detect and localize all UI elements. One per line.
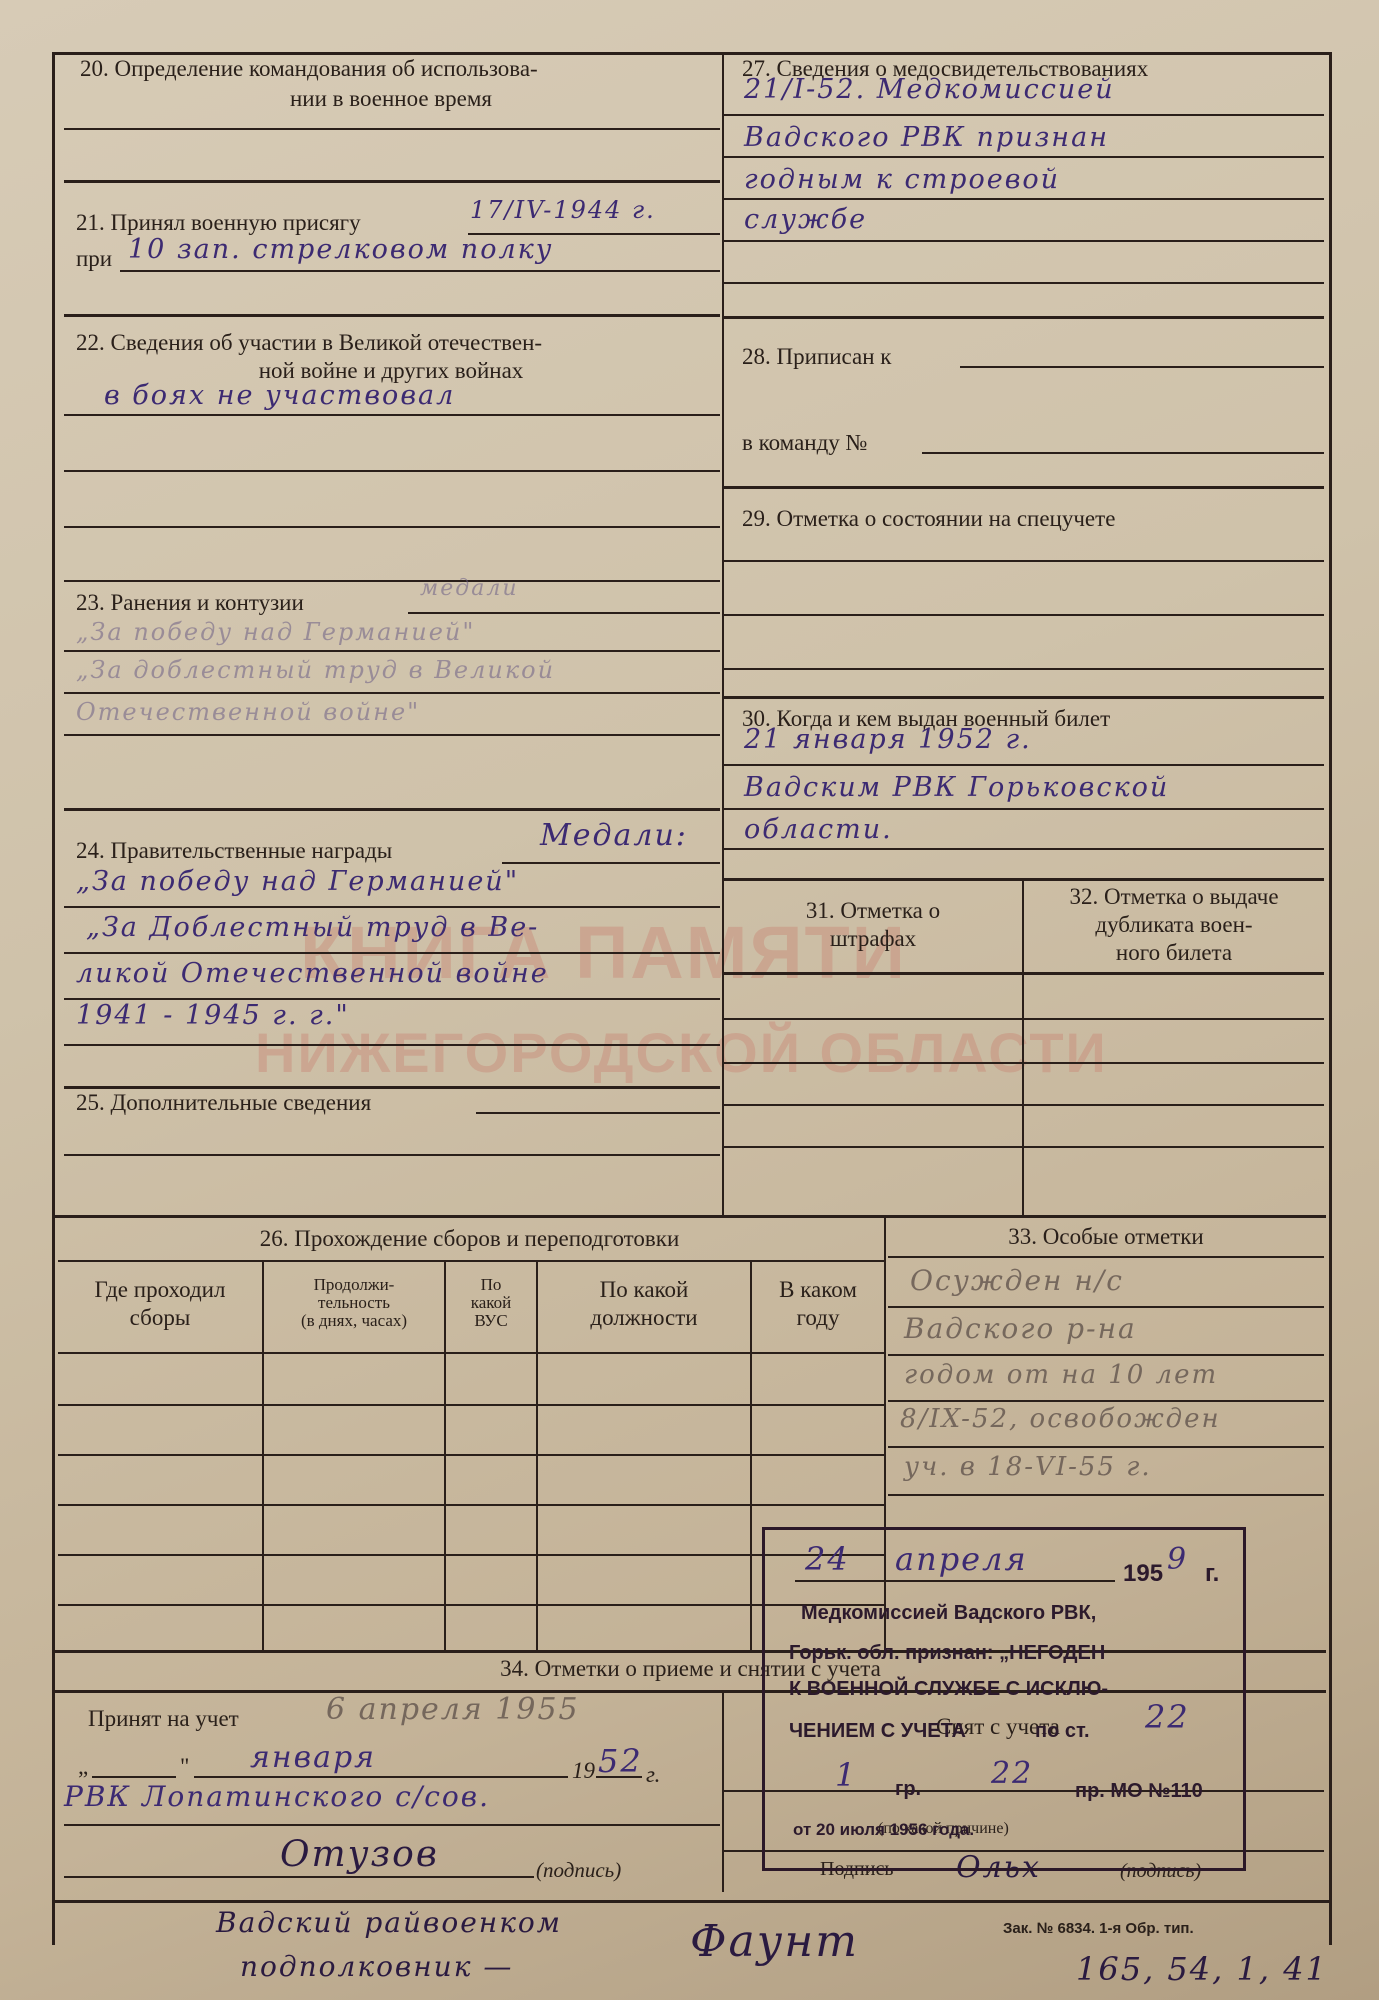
field28-value[interactable]	[960, 340, 1324, 366]
rule	[502, 862, 720, 864]
field23-faded-line: „За доблестный труд в Великой	[76, 656, 555, 684]
rule	[64, 1824, 720, 1826]
rule	[888, 1400, 1324, 1402]
field27-line[interactable]: Вадского РВК признан	[744, 122, 1109, 153]
section-divider	[724, 486, 1324, 489]
col-header-line: должности	[538, 1304, 750, 1332]
field21-label: 21. Принял военную присягу	[76, 210, 361, 236]
field26-title: 26. Прохождение сборов и переподготовки	[55, 1226, 884, 1252]
col-header-line: Где проходил	[58, 1276, 262, 1304]
field33-line[interactable]: Вадского р-на	[904, 1312, 1137, 1345]
rule	[64, 734, 720, 736]
field33-line[interactable]: годом от на 10 лет	[904, 1360, 1218, 1390]
rule	[922, 452, 1324, 454]
field26-col-year: В каком году	[752, 1276, 884, 1332]
stamp-line3: Горьк. обл. признан: „НЕГОДЕН	[789, 1642, 1105, 1665]
field30-line[interactable]: 21 января 1952 г.	[744, 724, 1032, 755]
medical-commission-stamp: 24 апреля 195 9 г. Медкомиссией Вадского…	[762, 1527, 1246, 1871]
field23-faded-line: „За победу над Германией"	[76, 618, 475, 646]
rule	[58, 1260, 884, 1262]
rule	[64, 952, 720, 954]
stamp-line5b: по ст.	[1035, 1720, 1090, 1743]
field23-label: 23. Ранения и контузии	[76, 590, 304, 616]
col-header-line: году	[752, 1304, 884, 1332]
field32-label-cont2: ного билета	[1024, 940, 1324, 966]
stamp-article: 22	[1145, 1698, 1190, 1736]
col-header-line: тельность	[264, 1294, 444, 1312]
stamp-group-label: гр.	[895, 1778, 921, 1801]
rule	[724, 764, 1324, 766]
rule	[92, 1776, 176, 1778]
field31-label: 31. Отметка о	[724, 898, 1022, 924]
rule	[888, 1306, 1324, 1308]
field23-faded-line: Отечественной войне"	[76, 698, 420, 726]
field29-label: 29. Отметка о состоянии на спецучете	[742, 506, 1115, 532]
rule	[724, 240, 1324, 242]
stamp-year-digit: 9	[1167, 1542, 1188, 1577]
field22-label: 22. Сведения об участии в Великой отечес…	[76, 330, 542, 356]
rule	[64, 414, 720, 416]
field34-year-prefix: 19	[572, 1758, 595, 1784]
field33-line[interactable]: Осужден н/с	[910, 1264, 1124, 1297]
stamp-year-suffix: г.	[1205, 1560, 1219, 1588]
section-divider	[64, 808, 720, 811]
section-divider	[724, 878, 1324, 881]
quote-mark: „	[78, 1754, 88, 1780]
col-header-line: сборы	[58, 1304, 262, 1332]
field29-value[interactable]	[724, 540, 1324, 668]
rule	[64, 1154, 720, 1156]
rule	[64, 650, 720, 652]
rule	[64, 526, 720, 528]
col-header-line: какой	[446, 1294, 536, 1312]
document-page: КНИГА ПАМЯТИ НИЖЕГОРОДСКОЙ ОБЛАСТИ 20. О…	[0, 0, 1379, 2000]
field26-col-duration: Продолжи- тельность (в днях, часах)	[264, 1276, 444, 1330]
quote-mark: "	[180, 1754, 189, 1780]
field31-label-cont: штрафах	[724, 926, 1022, 952]
col-header-line: Продолжи-	[264, 1276, 444, 1294]
rule	[194, 1776, 568, 1778]
stamp-order-label: пр. МО №110	[1075, 1780, 1203, 1803]
field26-col-where: Где проходил сборы	[58, 1276, 262, 1332]
section-divider	[55, 1215, 1326, 1218]
field32-label-cont: дубликата воен-	[1024, 912, 1324, 938]
stamp-order-value: 22	[991, 1756, 1033, 1791]
print-info: Зак. № 6834. 1-я Обр. тип.	[1003, 1920, 1194, 1937]
field34-by[interactable]: РВК Лопатинского с/сов.	[64, 1780, 490, 1813]
rule	[795, 1580, 1115, 1582]
rule	[64, 906, 720, 908]
rule	[64, 1876, 534, 1878]
field23-faded-line: медали	[420, 576, 519, 601]
field20-label-cont: нии в военное время	[60, 86, 722, 112]
field30-line[interactable]: области.	[744, 814, 893, 845]
rule	[64, 580, 720, 582]
section-divider	[64, 180, 720, 183]
field33-line[interactable]: 8/IX-52, освобожден	[900, 1404, 1221, 1434]
field34-day[interactable]	[92, 1752, 176, 1776]
field22-value[interactable]: в боях не участвовал	[104, 380, 455, 411]
commissar-signature: Фаунт	[690, 1916, 859, 1967]
field24-line[interactable]: ликой Отечественной войне	[76, 958, 549, 989]
field31-value[interactable]	[724, 976, 1022, 1212]
col-header-line: (в днях, часах)	[264, 1312, 444, 1330]
section-divider	[64, 314, 720, 317]
field28-team-value[interactable]	[922, 426, 1324, 452]
col-header-line: ВУС	[446, 1312, 536, 1330]
column-divider	[722, 1692, 724, 1892]
commissar-line1: Вадский райвоенком	[216, 1906, 562, 1939]
field21-date[interactable]: 17/IV-1944 г.	[470, 196, 656, 224]
field32-label: 32. Отметка о выдаче	[1024, 884, 1324, 910]
col-header-line: По какой	[538, 1276, 750, 1304]
rule	[724, 848, 1324, 850]
rule	[120, 270, 720, 272]
field20-label: 20. Определение командования об использо…	[80, 56, 538, 82]
field24-line[interactable]: 1941 - 1945 г. г."	[76, 1000, 350, 1031]
field24-label: 24. Правительственные награды	[76, 838, 392, 864]
field30-line[interactable]: Вадским РВК Горьковской	[744, 772, 1169, 803]
rule	[960, 366, 1324, 368]
section-divider	[64, 1086, 720, 1089]
stamp-day: 24	[805, 1540, 850, 1578]
rule	[724, 808, 1324, 810]
rule	[64, 1044, 720, 1046]
stamp-group-value: 1	[835, 1756, 857, 1794]
rule	[64, 470, 720, 472]
frame-bottom	[55, 1900, 1329, 1903]
stamp-line5a: ЧЕНИЕМ С УЧЕТА	[789, 1720, 966, 1743]
stamp-line2: Медкомиссией Вадского РВК,	[801, 1602, 1096, 1625]
rule	[888, 1256, 1324, 1258]
rule	[888, 1354, 1324, 1356]
field21-unit[interactable]: 10 зап. стрелковом полку	[128, 234, 553, 265]
stamp-line4: К ВОЕННОЙ СЛУЖБЕ С ИСКЛЮ-	[789, 1678, 1108, 1701]
rule	[888, 1446, 1324, 1448]
rule	[724, 156, 1324, 158]
spacer	[64, 562, 720, 565]
field34-year-suffix: г.	[646, 1762, 660, 1788]
field24-line[interactable]: „За Доблестный труд в Ве-	[86, 912, 539, 943]
stamp-line7: от 20 июля 1956 года.	[793, 1820, 974, 1840]
field26-table-body[interactable]	[58, 1354, 884, 1644]
rule	[596, 1776, 642, 1778]
stamp-month: апреля	[895, 1540, 1028, 1578]
field34-accepted-pencil[interactable]: 6 апреля 1955	[326, 1692, 580, 1727]
field24-line[interactable]: „За победу над Германией"	[76, 866, 519, 897]
field34-month[interactable]: января	[250, 1740, 376, 1775]
field28-label: 28. Приписан к	[742, 344, 891, 370]
rule	[724, 282, 1324, 284]
col-header-line: В каком	[752, 1276, 884, 1304]
field33-label: 33. Особые отметки	[886, 1224, 1326, 1250]
section-divider	[724, 696, 1324, 699]
commissar-line2: подполковник —	[240, 1950, 513, 1983]
field24-line[interactable]: Медали:	[540, 818, 688, 853]
field27-line[interactable]: 21/I-52. Медкомиссией	[744, 74, 1115, 105]
section-divider	[724, 316, 1324, 319]
rule	[724, 198, 1324, 200]
field34-signature: Отузов	[280, 1834, 439, 1875]
stamp-year-prefix: 195	[1123, 1560, 1163, 1588]
rule	[888, 1494, 1324, 1496]
field28-team-label: в команду №	[742, 430, 868, 456]
field34-year[interactable]: 52	[598, 1742, 643, 1780]
section-divider	[724, 972, 1324, 975]
rule	[724, 668, 1324, 670]
field34-accepted-label: Принят на учет	[88, 1706, 239, 1732]
rule	[408, 612, 720, 614]
field25-label: 25. Дополнительные сведения	[76, 1090, 371, 1116]
field32-value[interactable]	[1024, 976, 1324, 1212]
archive-code: 165, 54, 1, 41	[1076, 1950, 1328, 1988]
field20-value[interactable]	[64, 130, 720, 178]
field27-line[interactable]: годным к строевой	[744, 164, 1060, 195]
field33-line[interactable]: уч. в 18-VI-55 г.	[904, 1452, 1152, 1482]
field34-signature-label: (подпись)	[536, 1858, 621, 1883]
field26-col-position: По какой должности	[538, 1276, 750, 1332]
rule	[64, 692, 720, 694]
col-header-line: По	[446, 1276, 536, 1294]
field27-line[interactable]: службе	[744, 204, 867, 235]
field26-col-vus: По какой ВУС	[446, 1276, 536, 1330]
field25-value[interactable]	[64, 1114, 720, 1154]
field21-at-label: при	[76, 246, 112, 272]
rule	[724, 114, 1324, 116]
